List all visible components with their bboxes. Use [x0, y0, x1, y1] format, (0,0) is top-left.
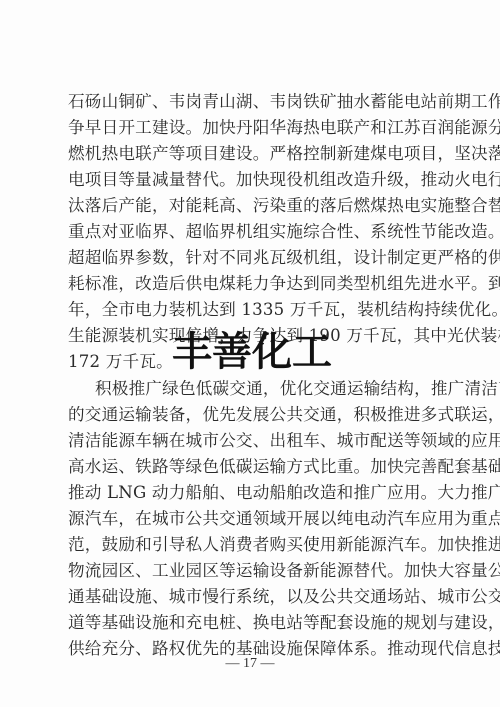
paragraph-green-transport: 积极推广绿色低碳交通，优化交通运输结构，推广清洁高效 的交通运输装备，优先发展公… — [68, 376, 434, 663]
text-line: 年，全市电力装机达到 1335 万千瓦，装机结构持续优化。可再 — [68, 297, 434, 323]
text-line: 通基础设施、城市慢行系统，以及公共交通场站、城市公交专用 — [68, 584, 434, 610]
text-line: 源汽车，在城市公共交通领域开展以纯电动汽车应用为重点的示 — [68, 506, 434, 532]
watermark-overlay: 丰善化工 — [171, 328, 333, 376]
text-line: 燃机热电联产等项目建设。严格控制新建煤电项目，坚决落实煤 — [68, 141, 434, 167]
text-line: 道等基础设施和充电桩、换电站等配套设施的规划与建设，构建 — [68, 610, 434, 636]
text-line: 高水运、铁路等绿色低碳运输方式比重。加快完善配套基础设施， — [68, 454, 434, 480]
document-page: 石砀山铜矿、韦岗青山湖、韦岗铁矿抽水蓄能电站前期工作，力 争早日开工建设。加快丹… — [0, 0, 500, 707]
text-line: 汰落后产能，对能耗高、污染重的落后燃煤热电实施整合替代， — [68, 193, 434, 219]
text-line: 清洁能源车辆在城市公交、出租车、城市配送等领域的应用。提 — [68, 428, 434, 454]
text-line: 耗标准，改造后供电煤耗力争达到同类型机组先进水平。到 2025 — [68, 271, 434, 297]
text-line: 推动 LNG 动力船舶、电动船舶改造和推广应用。大力推广新能 — [68, 480, 434, 506]
text-line: 积极推广绿色低碳交通，优化交通运输结构，推广清洁高效 — [68, 376, 434, 402]
text-line: 争早日开工建设。加快丹阳华海热电联产和江苏百润能源分布式 — [68, 115, 434, 141]
page-number: — 17 — — [0, 654, 500, 674]
text-line: 范，鼓励和引导私人消费者购买使用新能源汽车。加快推进港口、 — [68, 532, 434, 558]
text-line: 重点对亚临界、超临界机组实施综合性、系统性节能改造。采用 — [68, 219, 434, 245]
text-line: 电项目等量减量替代。加快现役机组改造升级，推动火电行业淘 — [68, 167, 434, 193]
text-line: 的交通运输装备，优先发展公共交通，积极推进多式联运，推广 — [68, 402, 434, 428]
text-line: 超超临界参数，针对不同兆瓦级机组，设计制定更严格的供电煤 — [68, 245, 434, 271]
text-line: 物流园区、工业园区等运输设备新能源替代。加快大容量公共交 — [68, 558, 434, 584]
text-line: 石砀山铜矿、韦岗青山湖、韦岗铁矿抽水蓄能电站前期工作，力 — [68, 89, 434, 115]
